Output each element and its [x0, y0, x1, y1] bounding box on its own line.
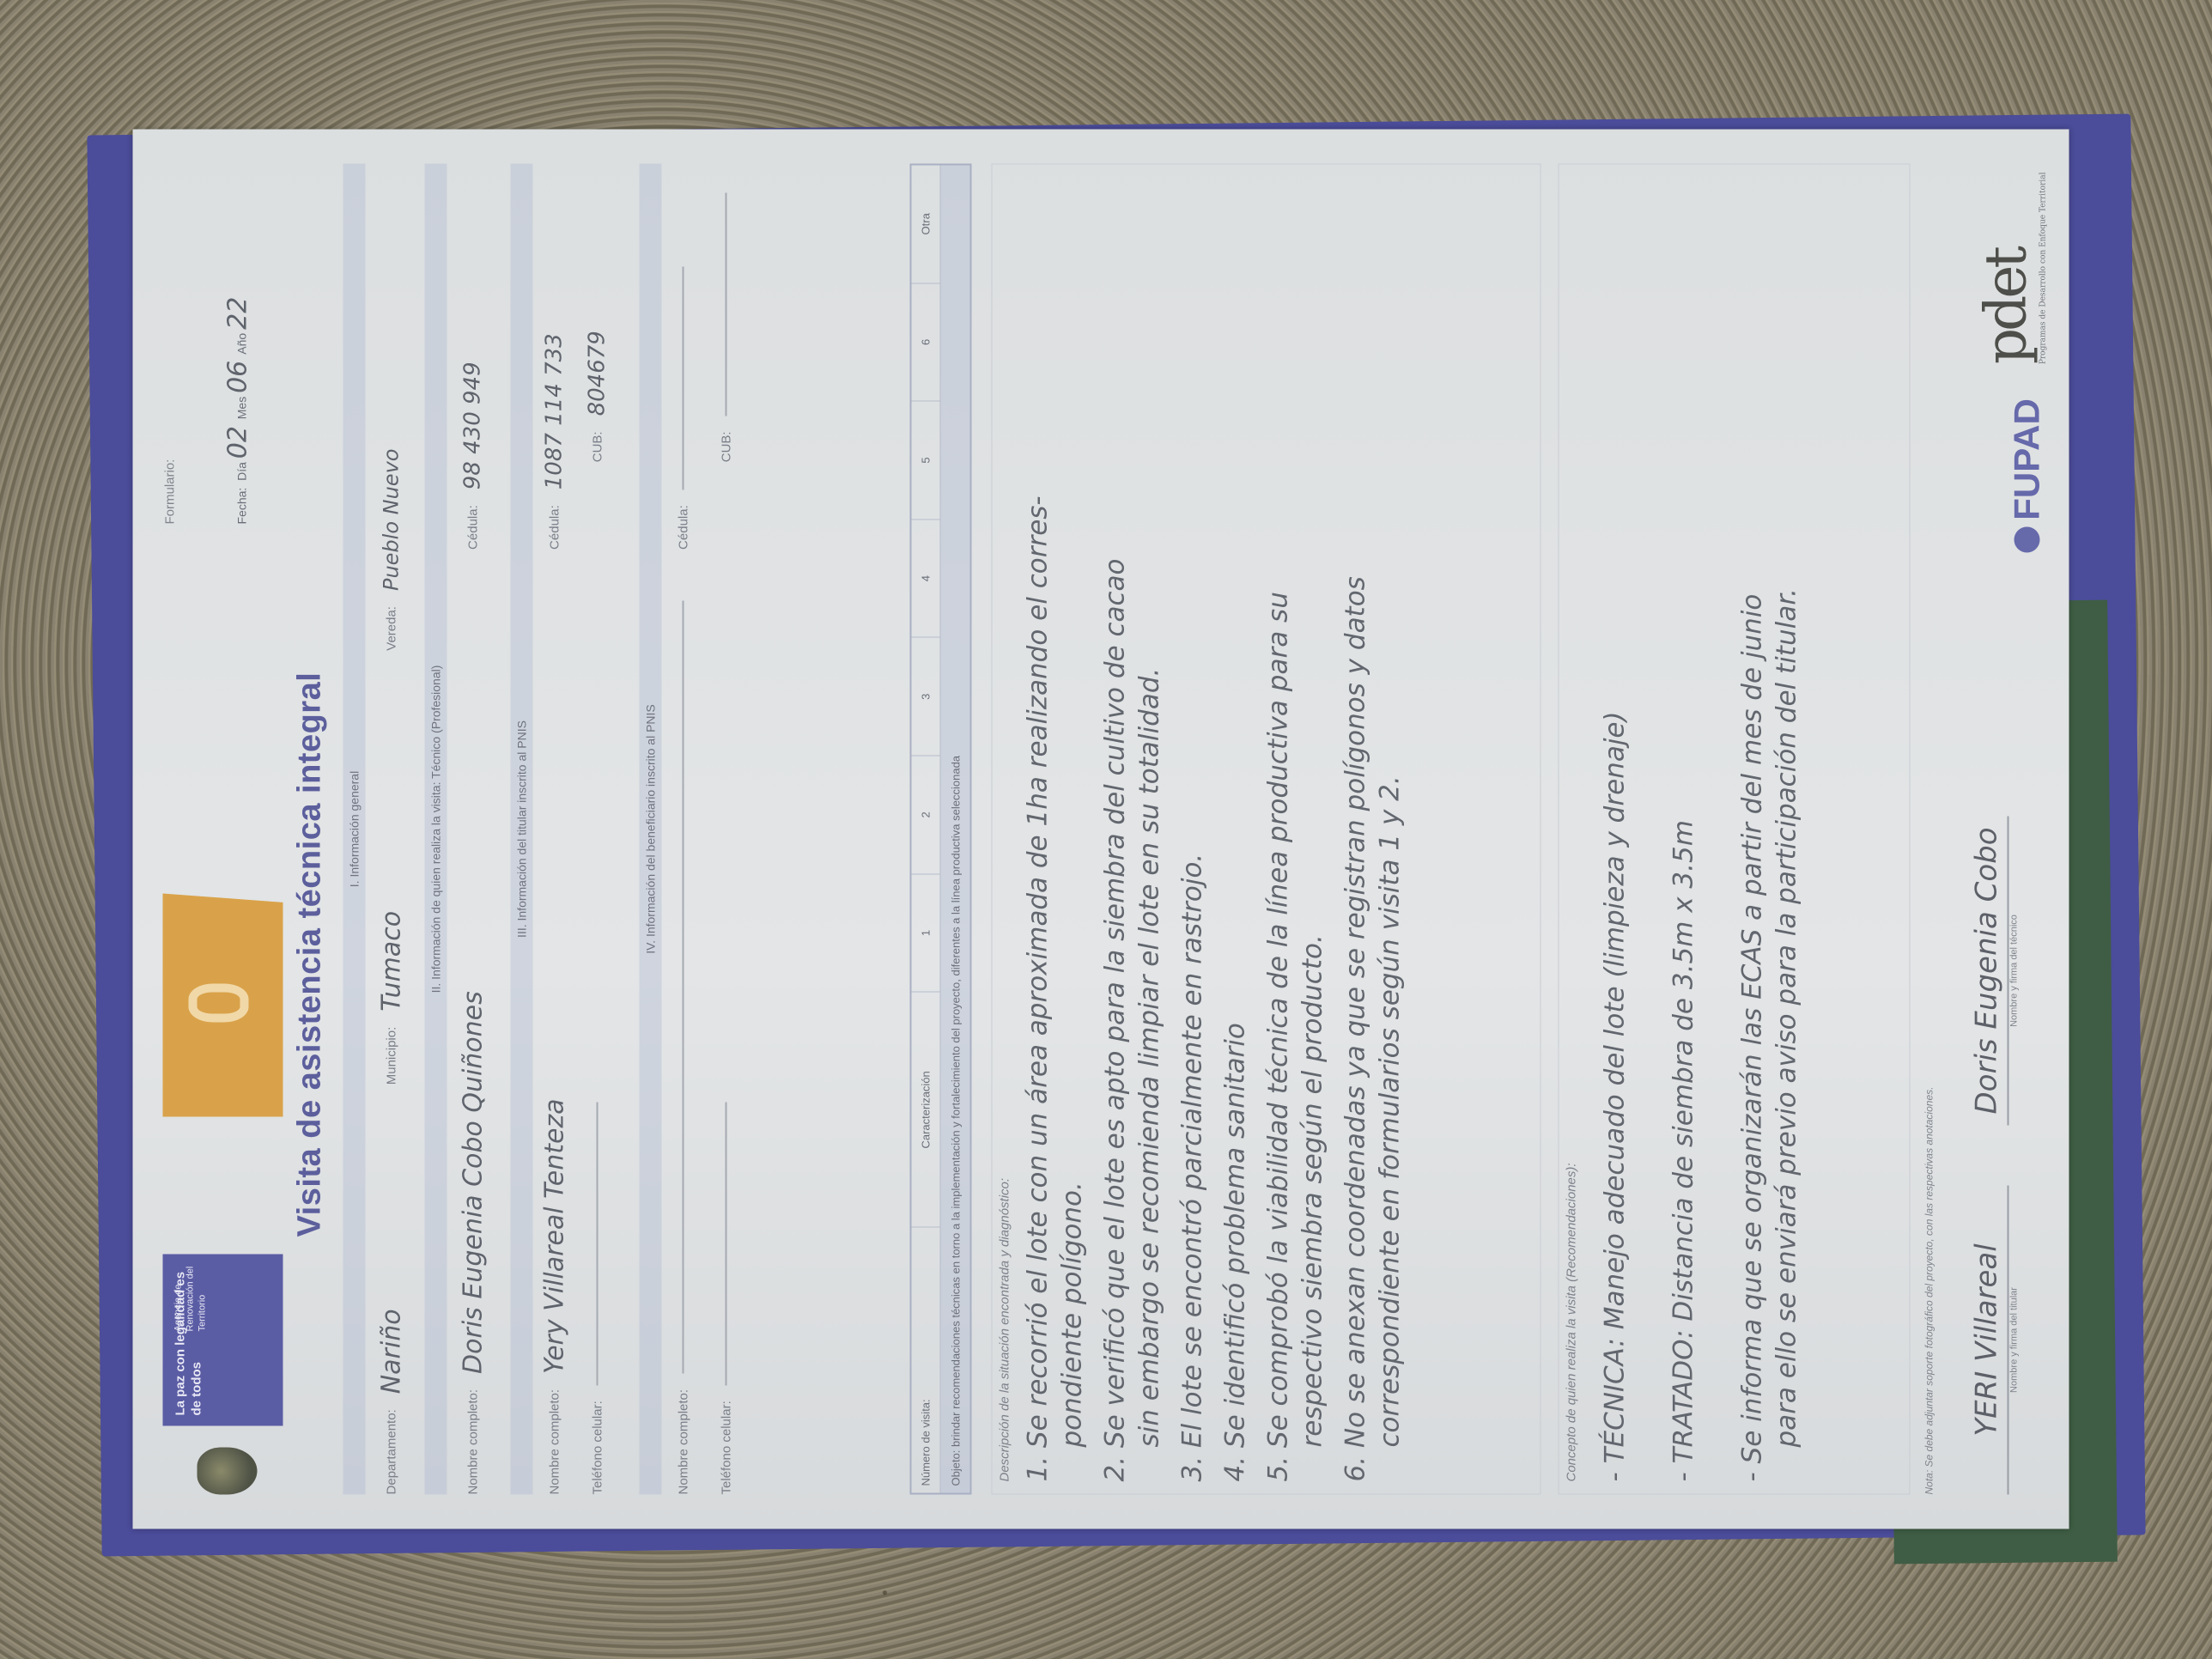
form-footer: Nota: Se debe adjuntar soporte fotográfi… [1923, 164, 2052, 1495]
technician-signature[interactable]: Doris Eugenia Cobo Nombre y firma del té… [1970, 817, 2020, 1126]
village-field[interactable]: Pueblo Nuevo [380, 449, 404, 591]
visit-col-6[interactable]: 6 [912, 283, 940, 401]
recommendation-item: - TRATADO: Distancia de siembra de 3.5m … [1667, 177, 1701, 1482]
visit-number-table: Número de visita: Caracterización 1 2 3 … [910, 164, 972, 1495]
department-field[interactable]: Nariño [376, 1085, 406, 1394]
document-photo: La paz con legalidad es de todos Agencia… [133, 129, 2069, 1528]
diagnosis-item: 3. El lote se encontró parcialmente en r… [1176, 177, 1210, 1482]
technician-id-field[interactable]: 98 430 949 [460, 362, 486, 489]
recommendations-section: Concepto de quien realiza la visita (Rec… [1559, 164, 1911, 1495]
visit-col-5[interactable]: 5 [912, 401, 940, 520]
visit-col-4[interactable]: 4 [912, 519, 940, 637]
technician-name-field[interactable]: Doris Eugenia Cobo Quiñones [458, 550, 488, 1374]
globe-icon [2014, 527, 2040, 553]
diagnosis-section: Descripción de la situación encontrada y… [992, 164, 1541, 1495]
art-logo-icon [163, 894, 283, 1117]
section-technician-info: II. Información de quien realiza la visi… [425, 164, 499, 1495]
section-holder-info: III. Información del titular inscrito al… [511, 164, 619, 1495]
form-page: La paz con legalidad es de todos Agencia… [133, 130, 2069, 1529]
page-title: Visita de asistencia técnica integral [292, 672, 329, 1237]
beneficiary-id-field[interactable] [683, 266, 684, 489]
beneficiary-name-field[interactable] [683, 601, 684, 1374]
diagnosis-item: 1. Se recorrió el lote con un área aprox… [1021, 177, 1090, 1482]
holder-id-field[interactable]: 1087 114 733 [542, 333, 568, 489]
diagnosis-item: 6. No se anexan coordenadas ya que se re… [1339, 177, 1407, 1482]
beneficiary-phone-field[interactable] [726, 1102, 727, 1385]
holder-phone-field[interactable] [597, 1102, 599, 1385]
paz-legalidad-logo: La paz con legalidad es de todos Agencia… [163, 1255, 283, 1426]
colombia-coat-of-arms-icon [197, 1448, 258, 1495]
recommendation-item: - TÉCNICA: Manejo adecuado del lote (lim… [1598, 177, 1632, 1482]
municipality-field[interactable]: Tumaco [376, 651, 406, 1012]
recommendation-item: - Se informa que se organizarán las ECAS… [1735, 177, 1804, 1482]
holder-name-field[interactable]: Yery Villareal Tenteza [539, 550, 569, 1374]
diagnosis-item: 4. Se identificó problema sanitario [1218, 177, 1253, 1482]
form-header: La paz con legalidad es de todos Agencia… [163, 164, 369, 1495]
holder-signature[interactable]: YERI Villareal Nombre y firma del titula… [1970, 1186, 2020, 1495]
fupad-logo: FUPAD [2007, 398, 2048, 553]
visit-col-other[interactable]: Otra [912, 165, 940, 283]
visit-col-2[interactable]: 2 [912, 756, 940, 874]
section-general-info: I. Información general Departamento: Nar… [343, 164, 417, 1495]
visit-col-1[interactable]: 1 [912, 873, 940, 992]
diagnosis-item: 5. Se comprobó la viabilidad técnica de … [1261, 177, 1330, 1482]
form-number: Formulario: [163, 164, 178, 525]
visit-col-3[interactable]: 3 [912, 637, 940, 756]
diagnosis-item: 2. Se verificó que el lote es apto para … [1098, 177, 1167, 1482]
visit-date: Fecha: Día 02 Mes 06 Año 22 [223, 164, 253, 525]
beneficiary-cub-field[interactable] [726, 192, 727, 416]
holder-cub-field[interactable]: 804679 [585, 331, 611, 416]
section-beneficiary-info: IV. Información del beneficiario inscrit… [640, 164, 748, 1495]
pdet-logo: pdet Programas de Desarrollo con Enfoque… [1973, 173, 2048, 365]
visit-objective: Objeto: brindar recomendaciones técnicas… [941, 166, 970, 1493]
